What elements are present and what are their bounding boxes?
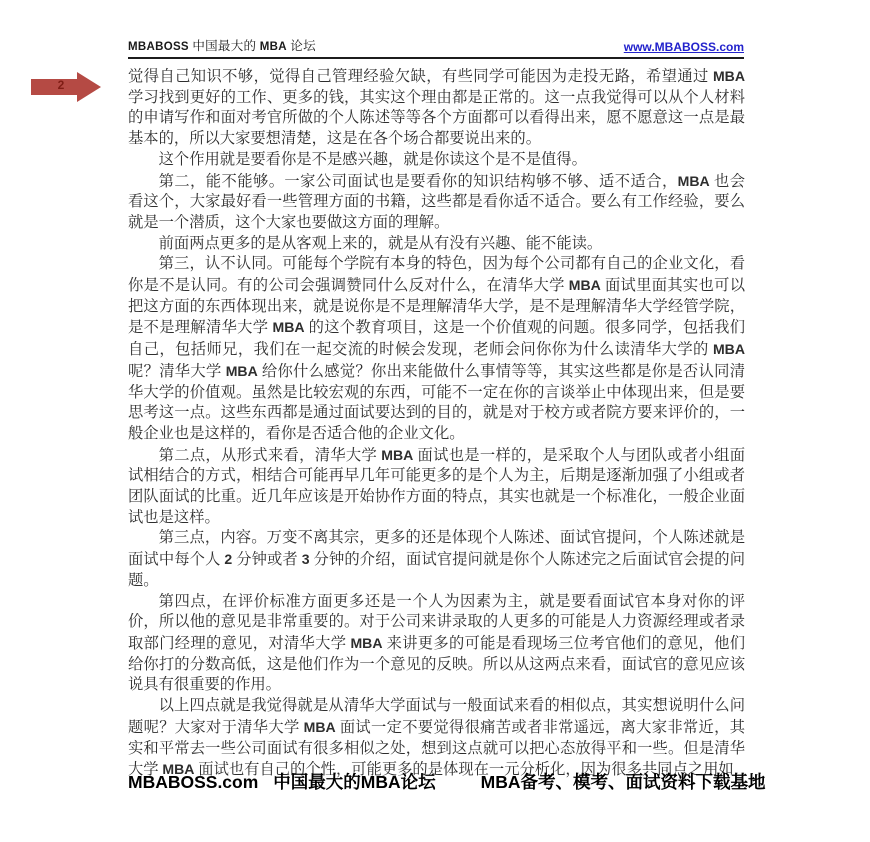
header-link[interactable]: www.MBABOSS.com [624,40,744,54]
page-footer: MBABOSS.com 中国最大的MBA论坛 MBA备考、模考、面试资料下载基地 [128,769,748,794]
page-marker-arrow: 2 [31,71,101,103]
paragraph: 第三，认不认同。可能每个学院有本身的特色，因为每个公司都有自己的企业文化，看你是… [128,254,745,444]
document-body: 觉得自己知识不够，觉得自己管理经验欠缺，有些同学可能因为走投无路，希望通过 MB… [128,66,745,781]
page-number: 2 [51,79,71,91]
footer-site: MBABOSS.com [128,772,258,793]
footer-tagline-resources: MBA备考、模考、面试资料下载基地 [481,769,766,794]
footer-tagline-forum: 中国最大的MBA论坛 [273,769,435,794]
paragraph: 第四点，在评价标准方面更多还是一个人为因素为主，就是要看面试官本身对你的评价，所… [128,592,745,697]
document-page: MBABOSS 中国最大的 MBA 论坛 www.MBABOSS.com 2 觉… [0,0,870,842]
paragraph: 第二点，从形式来看，清华大学 MBA 面试也是一样的，是采取个人与团队或者小组面… [128,445,745,529]
paragraph: 觉得自己知识不够，觉得自己管理经验欠缺，有些同学可能因为走投无路，希望通过 MB… [128,66,745,150]
paragraph: 前面两点更多的是从客观上来的，就是从有没有兴趣、能不能读。 [128,234,745,255]
paragraph: 这个作用就是要看你是不是感兴趣，就是你读这个是不是值得。 [128,150,745,171]
paragraph: 第二，能不能够。一家公司面试也是要看你的知识结构够不够、适不适合，MBA 也会看… [128,171,745,234]
header-title: MBABOSS 中国最大的 MBA 论坛 [128,36,316,54]
page-header: MBABOSS 中国最大的 MBA 论坛 www.MBABOSS.com [128,36,744,59]
paragraph: 第三点，内容。万变不离其宗，更多的还是体现个人陈述、面试官提问，个人陈述就是面试… [128,528,745,591]
